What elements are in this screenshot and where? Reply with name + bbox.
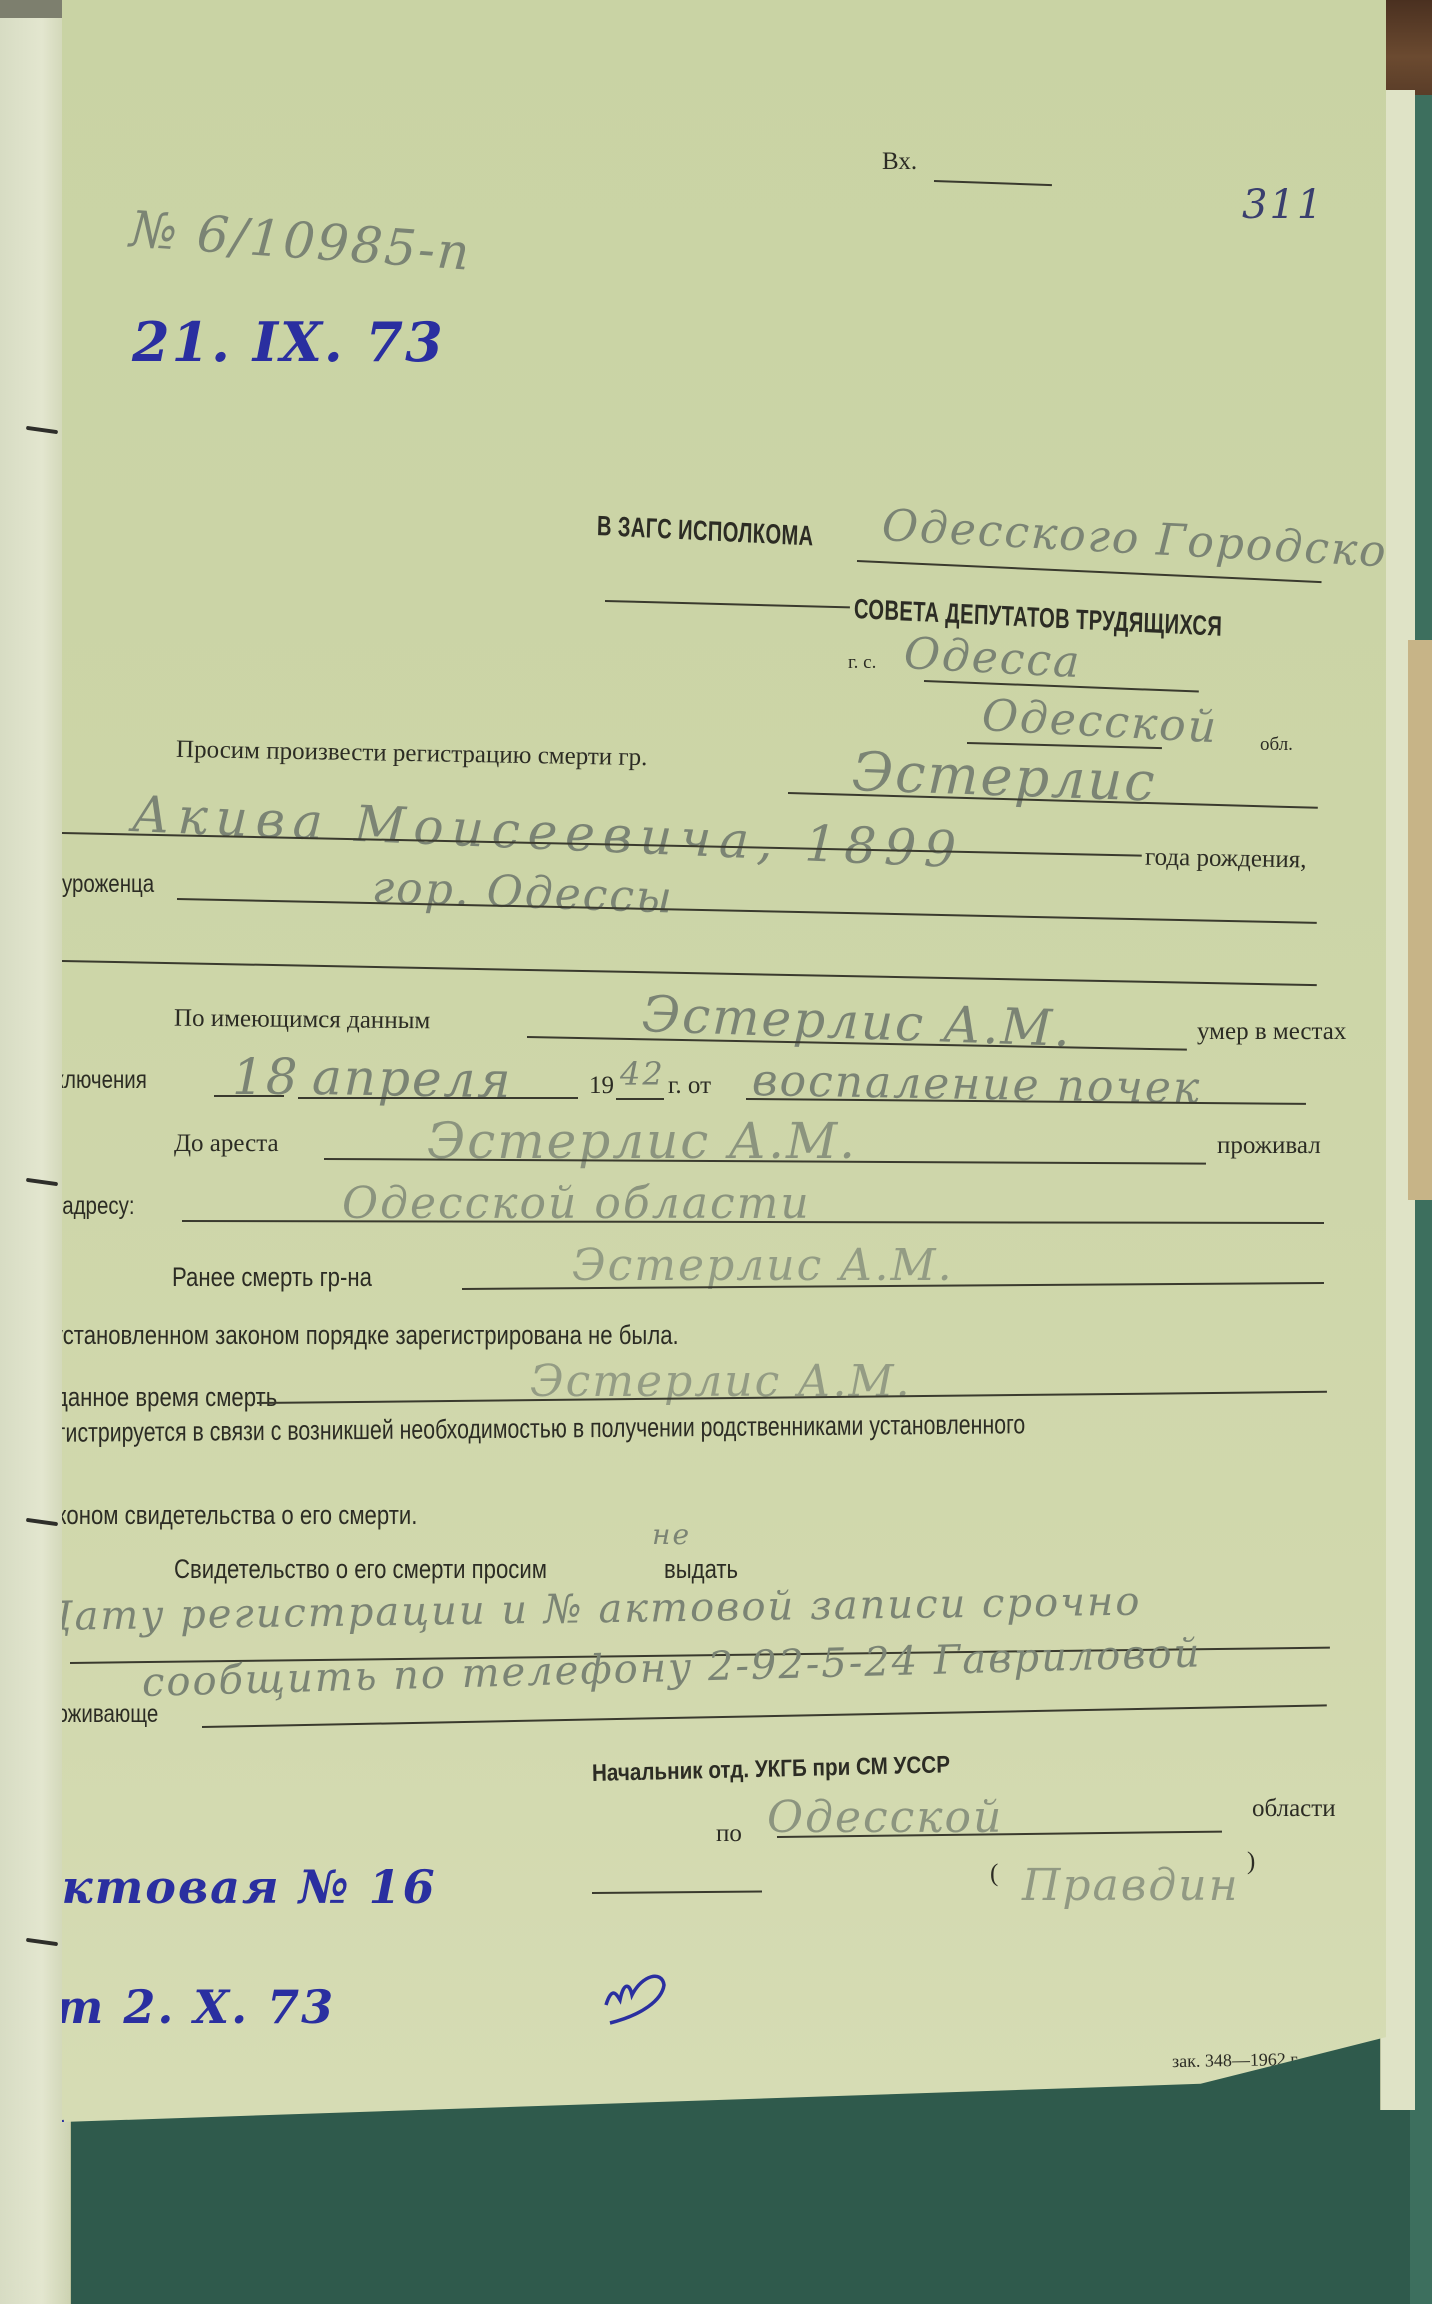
death-month: апреля <box>311 1048 513 1109</box>
native-value: гор. Одессы <box>371 862 675 924</box>
before-arrest-label: До ареста <box>174 1130 279 1158</box>
binding-thread-icon <box>26 1938 58 1946</box>
certificate-text: Свидетельство о его смерти просим <box>174 1554 547 1585</box>
native-line-2 <box>62 960 1317 986</box>
died-label: умер в местах <box>1197 1018 1346 1046</box>
binding-thread-icon <box>26 426 58 434</box>
form-page: № 6/10985-п 21. IX. 73 Вх. 311 В ЗАГС ИС… <box>62 0 1386 2122</box>
by-label: по <box>716 1820 742 1848</box>
tan-paper-flap <box>1408 640 1432 1200</box>
not-registered-text: в установленном законом порядке зарегист… <box>34 1320 679 1351</box>
name-close-paren: ) <box>1247 1848 1255 1876</box>
reason-line-1: регистрируется в связи с возникшей необх… <box>34 1409 1025 1449</box>
page-number: 311 <box>1242 182 1324 228</box>
year-suffix: 42 <box>620 1055 665 1093</box>
binding-thread-icon <box>26 1178 58 1186</box>
residing-value: сообщить по телефону 2-92-5-24 Гаврилово… <box>141 1630 1202 1706</box>
print-order-footer: зак. 348—1962 г. <box>1172 2049 1301 2072</box>
name-patronymic-value: Акива Моисеевича, 1899 <box>131 785 965 879</box>
native-label: уроженца <box>62 870 154 899</box>
residing-line <box>202 1704 1327 1728</box>
region-label: области <box>1252 1795 1336 1823</box>
request-text: Просим произвести регистрацию смерти гр. <box>176 736 648 772</box>
incoming-line <box>934 180 1052 186</box>
year-label: г. от <box>668 1072 711 1100</box>
binding-thread-icon <box>26 1518 58 1526</box>
file-binding-strip <box>0 0 71 2304</box>
reason-line-2: законом свидетельства о его смерти. <box>34 1500 417 1531</box>
year-prefix: 19 <box>589 1072 614 1100</box>
zags-value: Одесского Городского <box>881 500 1432 580</box>
native-line <box>177 898 1317 924</box>
data-label: По имеющимся данным <box>174 1005 431 1036</box>
death-cause: воспаление почек <box>752 1055 1202 1114</box>
city-label: г. с. <box>848 652 876 674</box>
death-day: 18 <box>232 1048 300 1106</box>
signature-line <box>592 1891 762 1894</box>
council-line <box>605 600 850 608</box>
reference-number: № 6/10985-п <box>128 200 473 282</box>
incoming-label: Вх. <box>882 148 917 176</box>
now-label: В данное время смерть <box>34 1382 277 1413</box>
previously-value: Эстерлис А.М. <box>572 1240 954 1291</box>
month-line <box>298 1097 578 1099</box>
signature-title: Начальник отд. УКГБ при СМ УССР <box>592 1751 950 1788</box>
archive-note-line-1: Актовая № 16 <box>22 1860 437 1914</box>
year-line <box>616 1098 664 1100</box>
name-open-paren: ( <box>990 1860 998 1888</box>
day-line <box>214 1095 284 1097</box>
date-top-blue: 21. IX. 73 <box>132 310 445 374</box>
archive-note-line-2: от 2. X. 73 <box>22 1980 335 2034</box>
issue-word: выдать <box>664 1554 738 1585</box>
initials-signature-icon <box>602 1965 672 2025</box>
inserted-ne: не <box>652 1518 691 1551</box>
birth-year-label: года рождения, <box>1145 844 1307 875</box>
signatory-name: Правдин <box>1022 1860 1240 1911</box>
previously-label: Ранее смерть гр-на <box>172 1262 372 1293</box>
oblast-label: обл. <box>1260 734 1293 756</box>
zags-label: В ЗАГС ИСПОЛКОМА <box>597 510 814 552</box>
citizen-value: Дату регистрации и № актовой записи сроч… <box>40 1579 1142 1640</box>
lived-label: проживал <box>1217 1132 1321 1160</box>
